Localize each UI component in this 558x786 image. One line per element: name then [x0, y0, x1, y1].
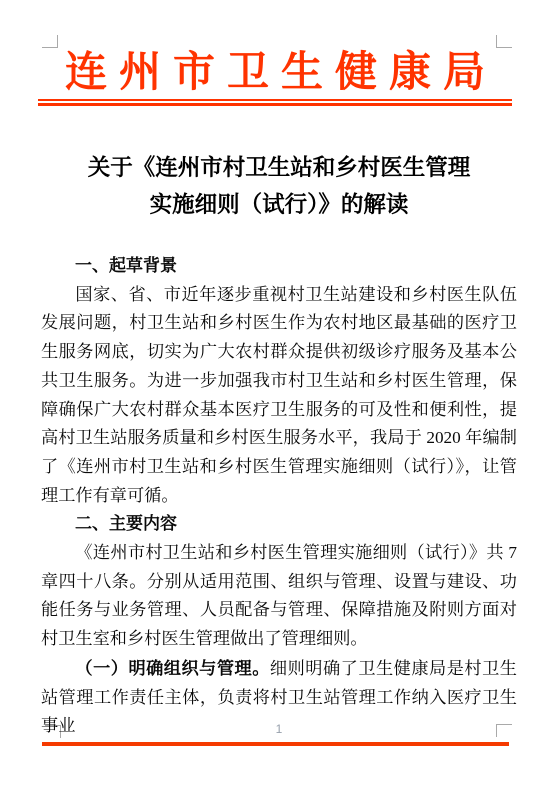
item-paragraph-bold-lead: （一）明确组织与管理。: [75, 658, 270, 678]
document-title-line1: 关于《连州市村卫生站和乡村医生管理: [40, 149, 518, 186]
document-title-line2: 实施细则（试行）》的解读: [40, 186, 518, 223]
footer-red-rule: [42, 742, 509, 746]
crop-mark-top-right: [496, 35, 512, 48]
letterhead-agency-name: 连州市卫生健康局: [38, 50, 512, 96]
section-heading-1: 一、起草背景: [41, 252, 517, 281]
crop-mark-top-left: [42, 35, 58, 48]
section-paragraph-2: 《连州市村卫生站和乡村医生管理实施细则（试行）》共 7 章四十八条。分别从适用范…: [41, 539, 517, 654]
document-page: 连州市卫生健康局 关于《连州市村卫生站和乡村医生管理 实施细则（试行）》的解读 …: [0, 0, 558, 786]
document-title: 关于《连州市村卫生站和乡村医生管理 实施细则（试行）》的解读: [40, 149, 518, 223]
section-heading-2: 二、主要内容: [41, 510, 517, 539]
letterhead-double-rule: [38, 99, 512, 106]
section-paragraph-1: 国家、省、市近年逐步重视村卫生站建设和乡村医生队伍发展问题，村卫生站和乡村医生作…: [41, 281, 517, 511]
document-body: 一、起草背景 国家、省、市近年逐步重视村卫生站建设和乡村医生队伍发展问题，村卫生…: [41, 252, 517, 741]
letterhead-rule-thick: [38, 103, 512, 106]
page-number: 1: [0, 722, 558, 736]
